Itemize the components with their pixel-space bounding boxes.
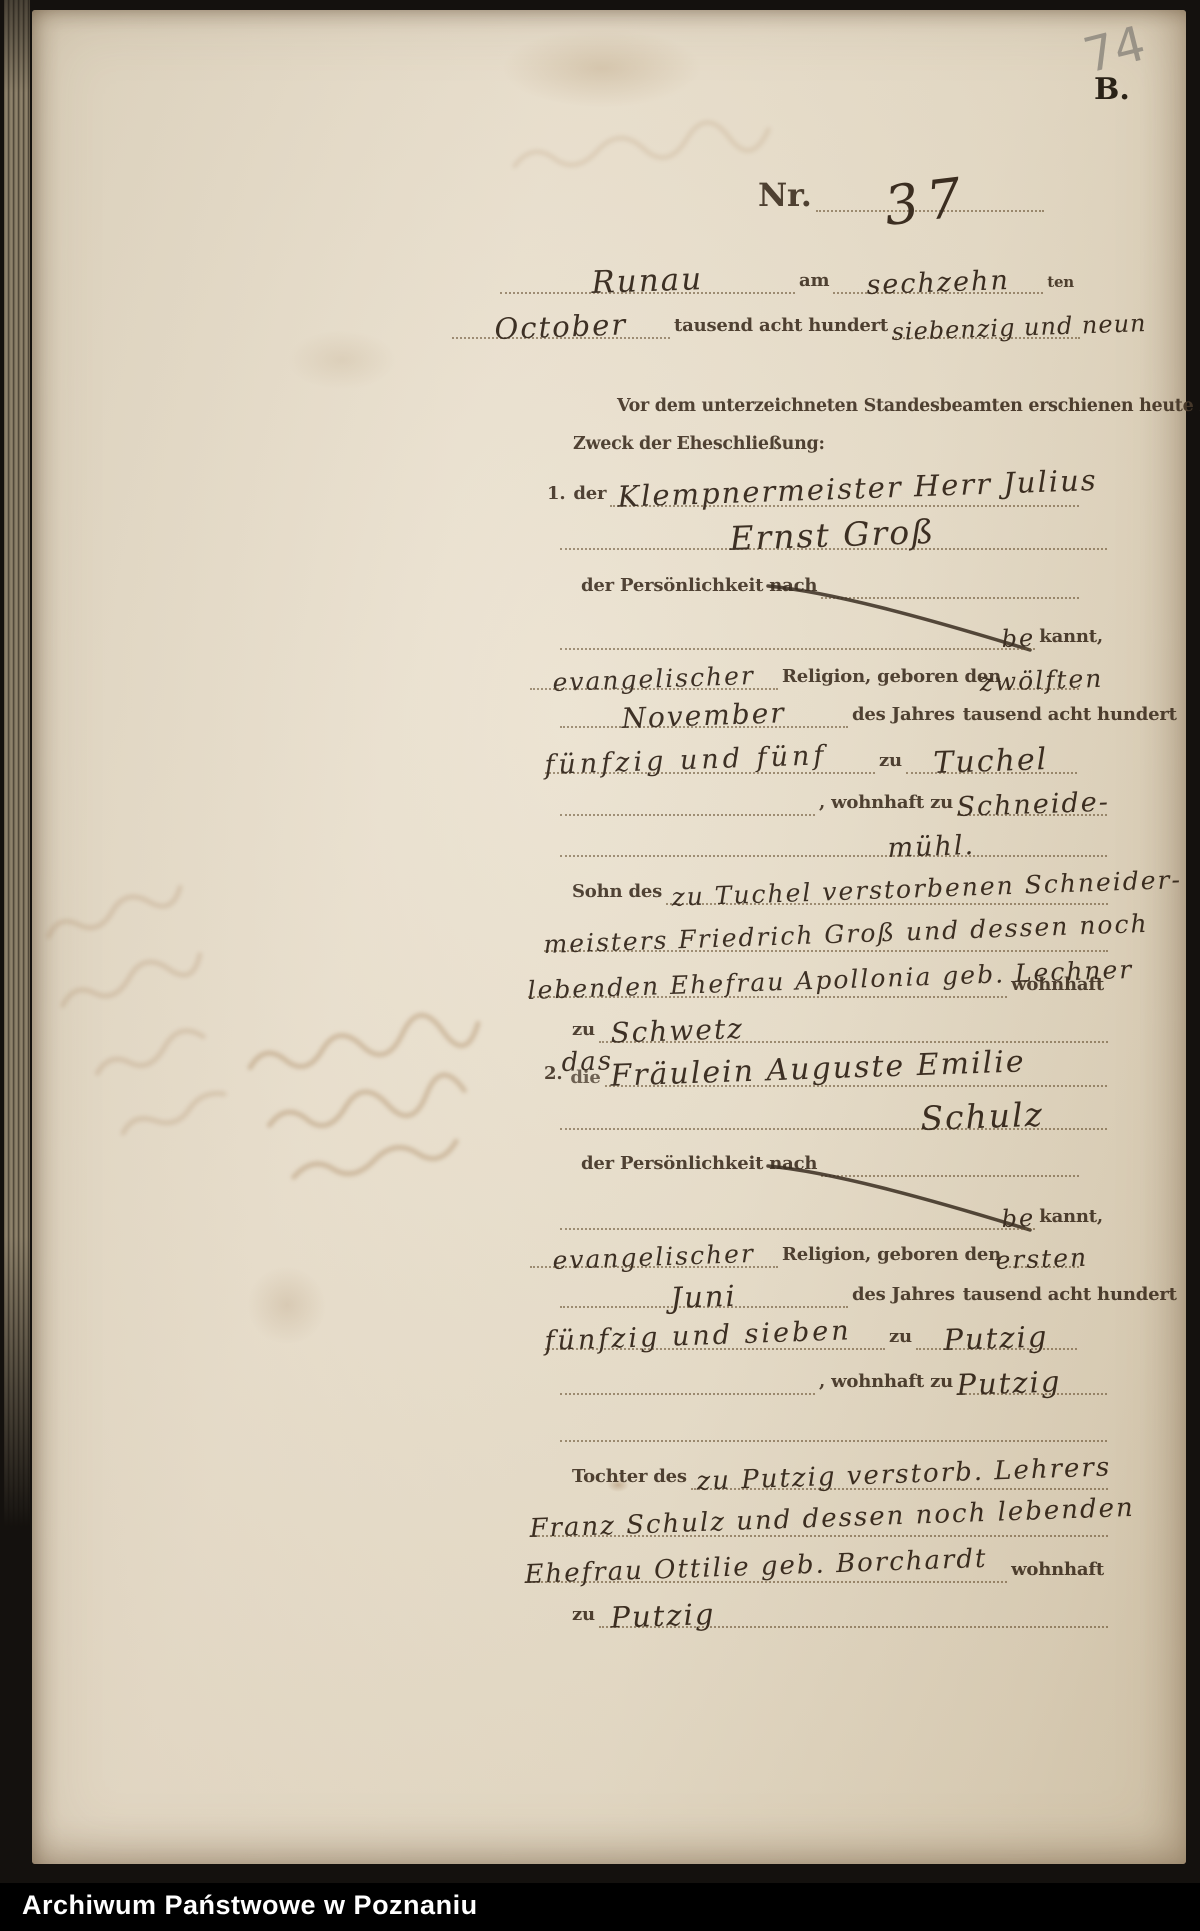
identity-label: der Persönlichkeit nach [577,1155,821,1177]
century-printed: tausend acht hundert [959,1286,1181,1308]
groom-filiation-row-3: lebenden Ehefrau Apollonia geb. Lechner … [528,962,1108,998]
book-fore-edge [4,0,30,1545]
bride-filiation-written-1: zu Putzig verstorb. Lehrers [690,1454,1112,1495]
dotted-line: Putzig [957,1357,1107,1395]
dateline-place-day: Runau am sechzehn ten [500,258,1078,294]
bride-residence-written: Putzig [956,1367,1062,1400]
ink-bleed-through [17,840,306,1181]
zu-label: zu [875,752,906,774]
record-number-value: 37 [881,170,972,234]
century-printed: tausend acht hundert [959,706,1181,728]
bride-name-written: Schulz [920,1098,1045,1135]
bride-birth-month-row: Juni des Jahres tausend acht hundert [560,1272,1107,1308]
paper-stain [287,330,397,390]
dotted-line: Putzig [916,1312,1077,1350]
dotted-line: Tuchel [906,736,1077,774]
groom-residence-written-2: mühl. [887,832,975,862]
bride-parents-residence-written: Putzig [598,1600,716,1633]
form-letter: B. [1094,72,1130,107]
year-label: des Jahres [848,706,959,728]
religion-label: Religion, geboren den [778,668,1005,690]
dotted-line: Ernst Groß [560,512,1107,550]
dotted-line: ersten [1005,1230,1079,1268]
record-number-row: Nr. 37 [754,168,1044,212]
dateline-month-year: October tausend acht hundert siebenzig u… [452,303,1080,339]
groom-birth-year-row: fünfzig und fünf zu Tuchel [545,738,1077,774]
groom-birth-year-written: fünfzig und fünf [544,742,828,779]
paper-stain [502,28,702,108]
document-page: 74 B. Nr. 37 Runau am sechzehn ten Octob… [32,10,1186,1864]
dotted-line [560,1357,815,1395]
zu-label: zu [568,1021,599,1043]
bride-identity-row: der Persönlichkeit nach [577,1141,1079,1177]
religion-label: Religion, geboren den [778,1246,1005,1268]
residence-label: , wohnhaft zu [815,1373,957,1395]
zu-label: zu [568,1606,599,1628]
paper-stain [247,1265,327,1345]
bride-filiation-row-1: Tochter des zu Putzig verstorb. Lehrers [568,1454,1108,1490]
bride-religion-written: evangelischer [552,1241,755,1273]
wohnhaft-label: wohnhaft [1007,1561,1108,1583]
groom-filiation-written-2: meisters Friedrich Groß und dessen noch [543,911,1149,957]
bride-known-written: be [1001,1206,1035,1231]
dotted-line: be [560,612,1035,650]
bride-descriptor-written: Fräulein Auguste Emilie [604,1047,1026,1092]
dotted-line: fünfzig und sieben [545,1312,885,1350]
dotted-line [821,1139,1079,1177]
groom-birth-month-written: November [621,699,786,733]
groom-name-row-2: Ernst Groß [560,514,1107,550]
dotted-line: meisters Friedrich Groß und dessen noch [544,914,1108,952]
groom-filiation-row-4: zu Schwetz [568,1007,1108,1043]
bride-name-row-2: Schulz [560,1094,1107,1130]
intro-line2: Zweck der Eheschließung: [573,434,825,454]
day-written: sechzehn [866,267,1010,299]
dotted-line: evangelischer [530,652,778,690]
dotted-line: fünfzig und fünf [545,736,875,774]
dotted-line: be [560,1192,1035,1230]
year-written: siebenzig und neun [891,311,1147,344]
dotted-line: zu Tuchel verstorbenen Schneider- [666,867,1108,905]
dotted-line [560,778,815,816]
ten-label: ten [1043,275,1078,294]
bride-birth-day-written: ersten [995,1245,1088,1273]
dotted-line: Klempnermeister Herr Julius [610,469,1079,507]
intro-line1: Vor dem unterzeichneten Standesbeamten e… [617,396,1200,416]
dotted-line: zu Putzig verstorb. Lehrers [691,1452,1108,1490]
groom-known-written: be [1001,626,1035,651]
year-label: des Jahres [848,1286,959,1308]
dotted-line: evangelischer [530,1230,778,1268]
groom-descriptor-written: Klempnermeister Herr Julius [609,466,1098,512]
bride-religion-row: evangelischer Religion, geboren den erst… [530,1232,1079,1268]
groom-name-row-1: 1. der Klempnermeister Herr Julius [543,471,1079,507]
filiation-label: Sohn des [568,883,666,905]
known-label: kannt, [1035,628,1107,650]
bride-filiation-written-3: Ehefrau Ottilie geb. Borchardt [524,1546,988,1588]
blank-dotted-row [560,1406,1107,1442]
groom-residence-row: , wohnhaft zu Schneide- [560,780,1107,816]
month-written: October [494,310,628,344]
dotted-line: siebenzig und neun [892,301,1080,339]
dotted-line: mühl. [560,819,1107,857]
bride-residence-row: , wohnhaft zu Putzig [560,1359,1107,1395]
bride-filiation-row-3: Ehefrau Ottilie geb. Borchardt wohnhaft [525,1547,1108,1583]
dotted-line: Schneide- [957,778,1107,816]
am-label: am [795,272,833,294]
zu-label: zu [885,1328,916,1350]
groom-article: der [569,485,610,507]
dotted-line: Putzig [599,1590,1108,1628]
dotted-line [821,561,1079,599]
groom-birth-day-written: zwölften [979,666,1104,695]
dotted-line: Fräulein Auguste Emilie [605,1049,1107,1087]
bride-birth-year-written: fünfzig und sieben [544,1317,852,1355]
identity-label: der Persönlichkeit nach [577,577,821,599]
groom-residence-written-1: Schneide- [956,789,1110,821]
dotted-line: zwölften [1005,652,1079,690]
dotted-line: Franz Schulz und dessen noch lebenden [530,1499,1108,1537]
groom-filiation-row-2: meisters Friedrich Groß und dessen noch [544,916,1108,952]
dotted-line: November [560,690,848,728]
bride-filiation-row-2: Franz Schulz und dessen noch lebenden [530,1501,1108,1537]
groom-name-written: Ernst Groß [728,515,935,555]
bride-birth-year-row: fünfzig und sieben zu Putzig [545,1314,1077,1350]
dotted-line: lebenden Ehefrau Apollonia geb. Lechner [528,960,1007,998]
dotted-line: Runau [500,256,795,294]
groom-parents-residence-written: Schwetz [598,1015,744,1048]
bride-birth-place-written: Putzig [943,1322,1049,1355]
ink-bleed-through [232,973,561,1227]
groom-birth-place-written: Tuchel [933,745,1049,779]
residence-label: , wohnhaft zu [815,794,957,816]
bride-filiation-row-4: zu Putzig [568,1592,1108,1628]
scanned-registry-page: 74 B. Nr. 37 Runau am sechzehn ten Octob… [0,0,1200,1931]
dotted-line: Ehefrau Ottilie geb. Borchardt [525,1545,1007,1583]
dotted-line [560,1404,1107,1442]
dotted-line: October [452,301,670,339]
groom-index: 1. [543,485,569,507]
filiation-label: Tochter des [568,1468,691,1490]
groom-identity-row: der Persönlichkeit nach [577,563,1079,599]
bride-article: die das [566,1068,604,1087]
groom-residence-row-2: mühl. [560,821,1107,857]
bride-birth-month-written: Juni [670,1282,737,1313]
bride-name-row-1: 2. die das Fräulein Auguste Emilie [540,1051,1107,1087]
nr-label: Nr. [754,179,816,212]
dotted-line: 37 [816,166,1044,212]
bride-known-row: be kannt, [560,1194,1107,1230]
century-printed: tausend acht hundert [670,317,892,339]
archive-name: Archiwum Państwowe w Poznaniu [22,1890,478,1921]
dotted-line: Juni [560,1270,848,1308]
archive-footer-bar: Archiwum Państwowe w Poznaniu [0,1883,1200,1931]
groom-religion-row: evangelischer Religion, geboren den zwöl… [530,654,1079,690]
place-written: Runau [591,264,704,299]
groom-known-row: be kannt, [560,614,1107,650]
groom-filiation-written-1: zu Tuchel verstorbenen Schneider- [665,867,1182,910]
dotted-line: sechzehn [833,256,1043,294]
dotted-line: Schulz [560,1092,1107,1130]
dotted-line: Schwetz [599,1005,1108,1043]
groom-filiation-row-1: Sohn des zu Tuchel verstorbenen Schneide… [568,869,1108,905]
bride-filiation-written-2: Franz Schulz und dessen noch lebenden [529,1495,1135,1542]
groom-birth-month-row: November des Jahres tausend acht hundert [560,692,1107,728]
known-label: kannt, [1035,1208,1107,1230]
